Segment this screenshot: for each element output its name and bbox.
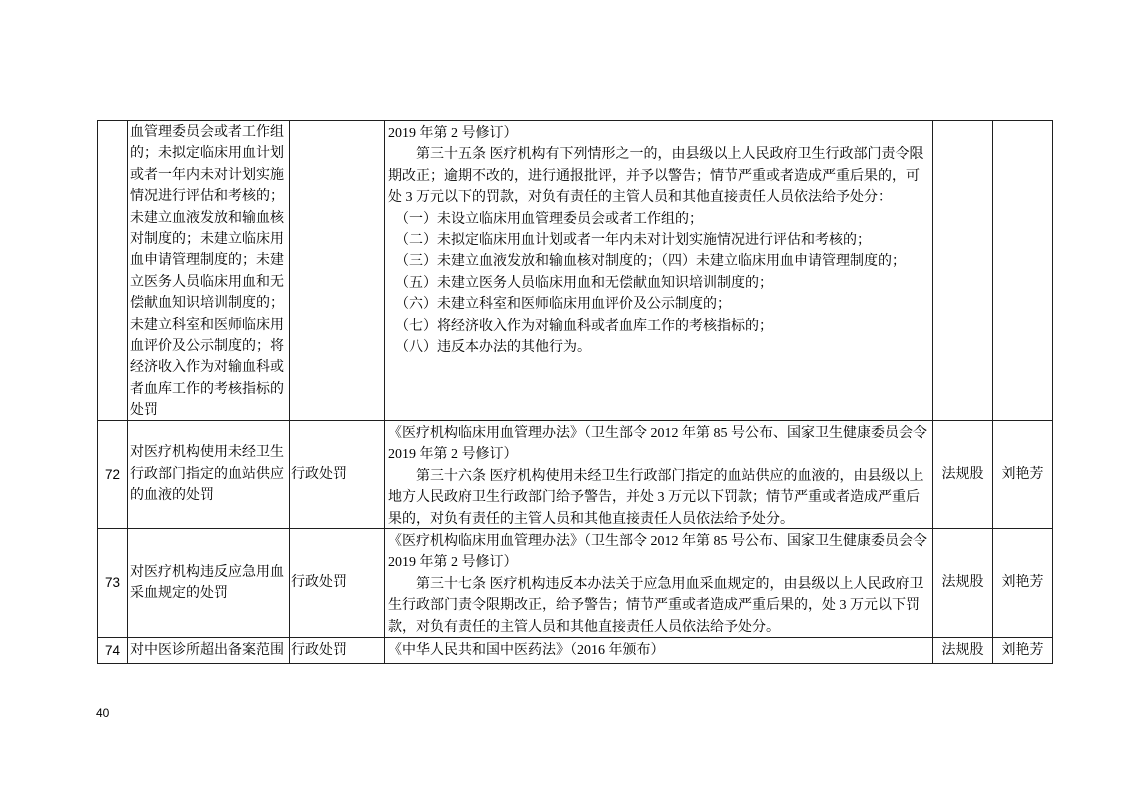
legal-paragraph: 第三十七条 医疗机构违反本办法关于应急用血采血规定的，由县级以上人民政府卫生行政… xyxy=(388,574,929,637)
legal-paragraph: 2019 年第 2 号修订） xyxy=(388,123,929,144)
cell-row-number: 73 xyxy=(98,529,128,638)
table-row-73: 73 对医疗机构违反应急用血采血规定的处罚 行政处罚 《医疗机构临床用血管理办法… xyxy=(98,529,1053,638)
legal-paragraph: （三）未建立血液发放和输血核对制度的；（四）未建立临床用血申请管理制度的； xyxy=(388,251,929,272)
cell-legal-basis: 《医疗机构临床用血管理办法》（卫生部令 2012 年第 85 号公布、国家卫生健… xyxy=(385,529,933,638)
legal-paragraph: （一）未设立临床用血管理委员会或者工作组的； xyxy=(388,209,929,230)
cell-person: 刘艳芳 xyxy=(993,638,1053,664)
legal-paragraph: （五）未建立医务人员临床用血和无偿献血知识培训制度的； xyxy=(388,273,929,294)
cell-department xyxy=(933,121,993,421)
cell-department: 法规股 xyxy=(933,529,993,638)
legal-basis-text: 《医疗机构临床用血管理办法》（卫生部令 2012 年第 85 号公布、国家卫生健… xyxy=(388,531,929,637)
cell-penalty-type: 行政处罚 xyxy=(290,421,385,529)
cell-department: 法规股 xyxy=(933,638,993,664)
penalty-item-text: 对中医诊所超出备案范围 xyxy=(130,640,287,661)
legal-paragraph: （六）未建立科室和医师临床用血评价及公示制度的； xyxy=(388,294,929,315)
legal-paragraph: （七）将经济收入作为对输血科或者血库工作的考核指标的； xyxy=(388,316,929,337)
penalty-items-table: 血管理委员会或者工作组的；未拟定临床用血计划或者一年内未对计划实施情况进行评估和… xyxy=(97,120,1053,664)
cell-person xyxy=(993,121,1053,421)
penalty-item-text: 血管理委员会或者工作组的；未拟定临床用血计划或者一年内未对计划实施情况进行评估和… xyxy=(130,122,287,418)
legal-paragraph: 《中华人民共和国中医药法》（2016 年颁布） xyxy=(388,640,929,661)
legal-paragraph: （二）未拟定临床用血计划或者一年内未对计划实施情况进行评估和考核的； xyxy=(388,230,929,251)
legal-basis-text: 《中华人民共和国中医药法》（2016 年颁布） xyxy=(388,640,929,661)
cell-penalty-item: 血管理委员会或者工作组的；未拟定临床用血计划或者一年内未对计划实施情况进行评估和… xyxy=(128,121,290,421)
penalty-item-text: 对医疗机构使用未经卫生行政部门指定的血站供应的血液的处罚 xyxy=(130,442,287,506)
cell-penalty-type: 行政处罚 xyxy=(290,529,385,638)
cell-legal-basis: 《医疗机构临床用血管理办法》（卫生部令 2012 年第 85 号公布、国家卫生健… xyxy=(385,421,933,529)
cell-row-number: 74 xyxy=(98,638,128,664)
table-row-72: 72 对医疗机构使用未经卫生行政部门指定的血站供应的血液的处罚 行政处罚 《医疗… xyxy=(98,421,1053,529)
cell-department: 法规股 xyxy=(933,421,993,529)
legal-paragraph: 《医疗机构临床用血管理办法》（卫生部令 2012 年第 85 号公布、国家卫生健… xyxy=(388,531,929,574)
cell-penalty-item: 对中医诊所超出备案范围 xyxy=(128,638,290,664)
cell-legal-basis: 《中华人民共和国中医药法》（2016 年颁布） xyxy=(385,638,933,664)
cell-row-number: 72 xyxy=(98,421,128,529)
cell-penalty-type xyxy=(290,121,385,421)
legal-basis-text: 2019 年第 2 号修订） 第三十五条 医疗机构有下列情形之一的，由县级以上人… xyxy=(388,123,929,358)
legal-basis-text: 《医疗机构临床用血管理办法》（卫生部令 2012 年第 85 号公布、国家卫生健… xyxy=(388,423,929,528)
cell-person: 刘艳芳 xyxy=(993,421,1053,529)
legal-paragraph: 《医疗机构临床用血管理办法》（卫生部令 2012 年第 85 号公布、国家卫生健… xyxy=(388,423,929,466)
legal-paragraph: （八）违反本办法的其他行为。 xyxy=(388,337,929,358)
legal-paragraph: 第三十六条 医疗机构使用未经卫生行政部门指定的血站供应的血液的，由县级以上地方人… xyxy=(388,466,929,528)
table-row-74: 74 对中医诊所超出备案范围 行政处罚 《中华人民共和国中医药法》（2016 年… xyxy=(98,638,1053,664)
legal-paragraph: 第三十五条 医疗机构有下列情形之一的，由县级以上人民政府卫生行政部门责令限期改正… xyxy=(388,144,929,208)
penalty-item-text: 对医疗机构违反应急用血采血规定的处罚 xyxy=(130,562,287,605)
table-row-continuation: 血管理委员会或者工作组的；未拟定临床用血计划或者一年内未对计划实施情况进行评估和… xyxy=(98,121,1053,421)
cell-person: 刘艳芳 xyxy=(993,529,1053,638)
cell-legal-basis: 2019 年第 2 号修订） 第三十五条 医疗机构有下列情形之一的，由县级以上人… xyxy=(385,121,933,421)
page-number: 40 xyxy=(96,706,109,720)
cell-row-number xyxy=(98,121,128,421)
document-page: 血管理委员会或者工作组的；未拟定临床用血计划或者一年内未对计划实施情况进行评估和… xyxy=(0,0,1122,793)
table-body: 血管理委员会或者工作组的；未拟定临床用血计划或者一年内未对计划实施情况进行评估和… xyxy=(98,121,1053,664)
cell-penalty-item: 对医疗机构使用未经卫生行政部门指定的血站供应的血液的处罚 xyxy=(128,421,290,529)
cell-penalty-type: 行政处罚 xyxy=(290,638,385,664)
cell-penalty-item: 对医疗机构违反应急用血采血规定的处罚 xyxy=(128,529,290,638)
